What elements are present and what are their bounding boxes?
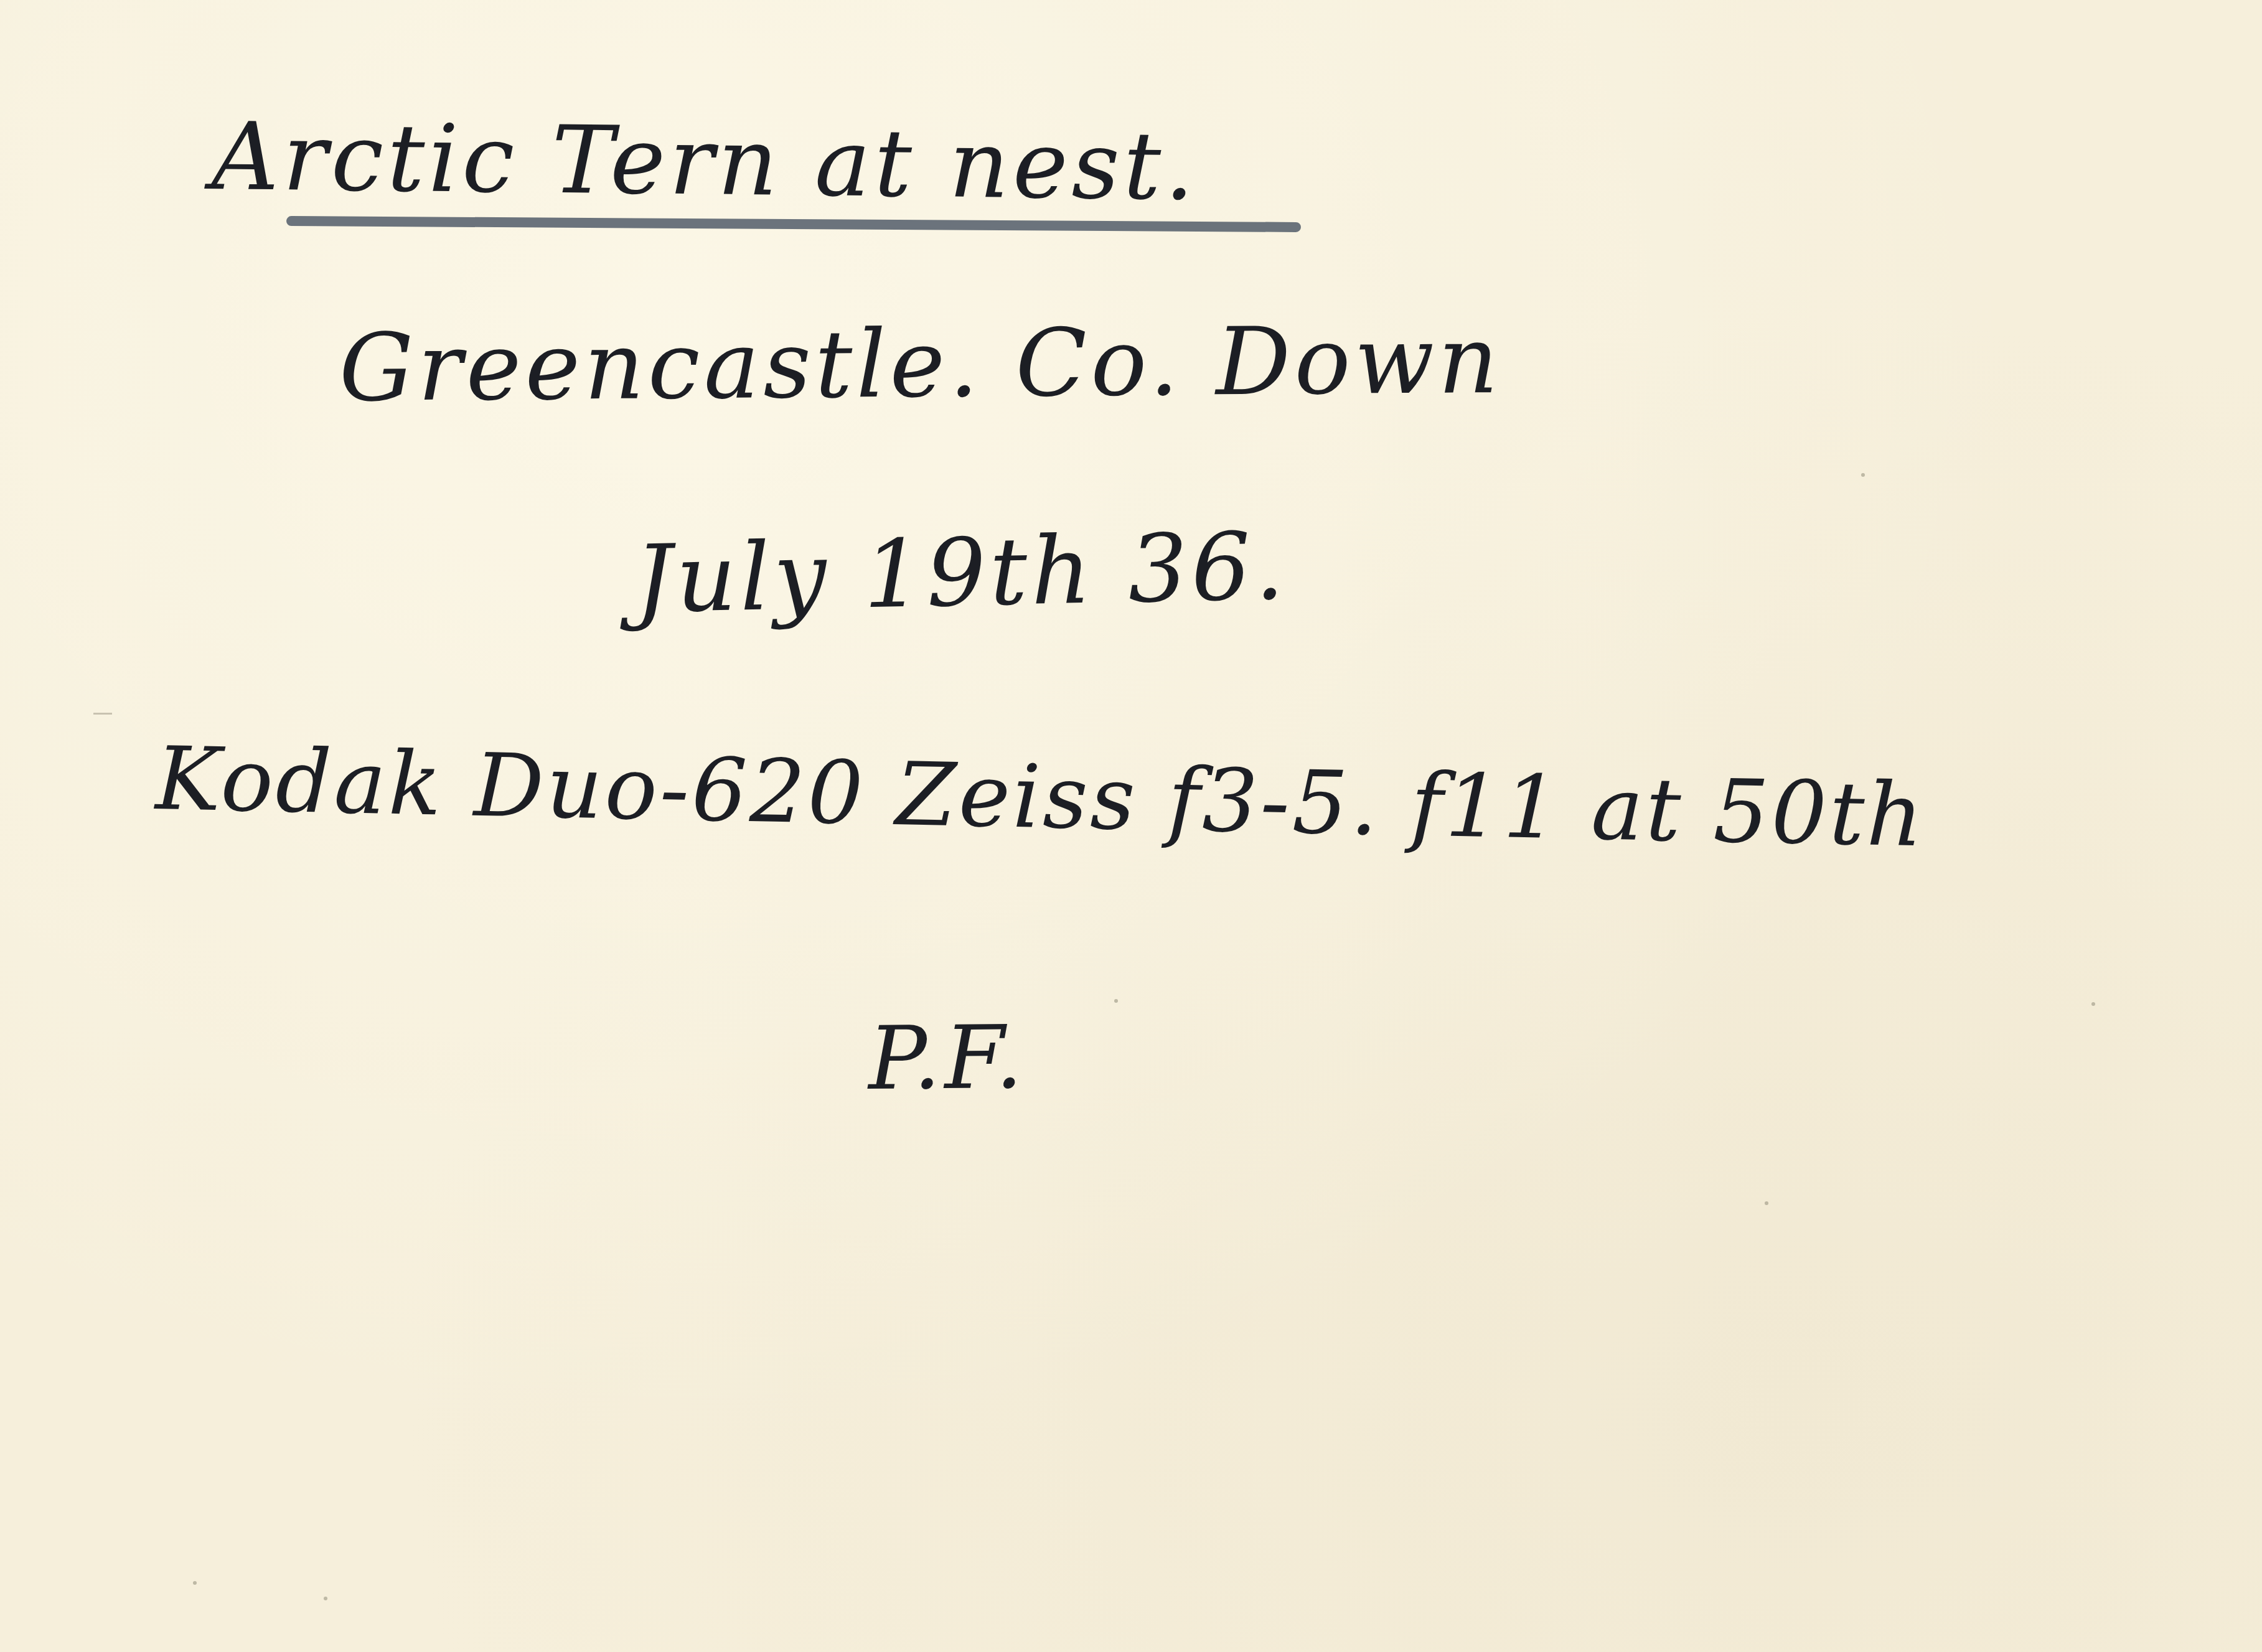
caption-date: July 19th 36.: [634, 512, 1289, 634]
paper-speck: [1114, 999, 1118, 1003]
caption-card: Arctic Tern at nest. Greencastle. Co. Do…: [0, 0, 2262, 1652]
paper-speck: [1861, 473, 1865, 477]
caption-location: Greencastle. Co. Down: [339, 306, 1502, 423]
caption-title: Arctic Tern at nest.: [211, 103, 1199, 222]
paper-speck: [1765, 1201, 1768, 1205]
caption-initials: P.F.: [868, 1007, 1027, 1110]
caption-camera-settings: Kodak Duo-620 Zeiss f3-5. f11 at 50th: [154, 728, 1926, 867]
paper-speck: [324, 1597, 327, 1600]
paper-speck: [193, 1581, 197, 1585]
paper-mark: [93, 713, 112, 715]
paper-speck: [2091, 1002, 2095, 1006]
